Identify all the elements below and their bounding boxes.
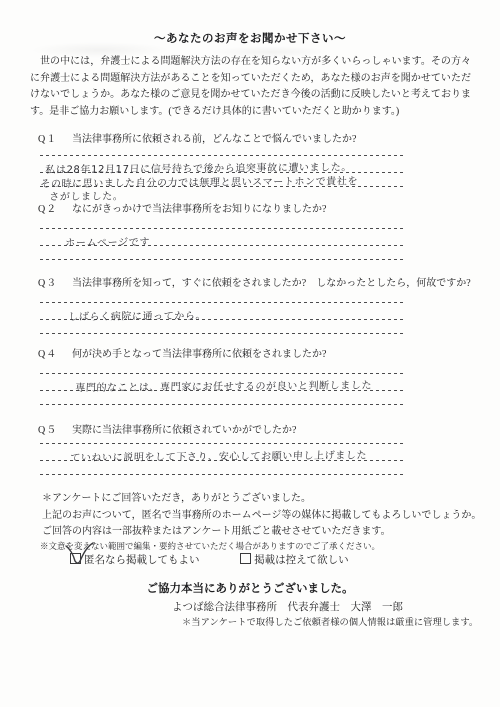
answer-area: 専門的なことは、専門家にお任せするのが良いと判断しました <box>40 373 406 405</box>
answer-area: 私は28年12月17日に信号待ちで後から追突事故に遭いました。 その時に思いまし… <box>40 155 406 201</box>
question-row: Q１ 当法律事務所に依頼される前，どんなことで悩んでいましたか? <box>0 133 500 146</box>
dotted-answer-line <box>40 404 406 405</box>
checkbox-label: 掲載は控えて欲しい <box>254 555 349 566</box>
question-block-q3: Q３ 当法律事務所を知って，すぐに依頼をされましたか? しなかったとしたら，何故… <box>0 277 500 334</box>
question-row: Q４ 何が決め手となって当法律事務所に依頼をされましたか? <box>0 348 500 361</box>
page-title: 〜あなたのお声をお聞かせ下さい〜 <box>0 30 500 46</box>
consent-option-no-publish[interactable]: 掲載は控えて欲しい <box>240 553 349 567</box>
closing-thanks: ご協力本当にありがとうございました。 <box>0 580 500 596</box>
question-text: 当法律事務所に依頼される前，どんなことで悩んでいましたか? <box>72 133 356 146</box>
answer-slot: 専門的なことは、専門家にお任せするのが良いと判断しました <box>40 374 406 390</box>
firm-signature: よつば総合法律事務所 代表弁護士 大澤 一郎 <box>172 599 403 614</box>
privacy-note: ＊当アンケートで取得したご依頼者様の個人情報は厳重に管理します。 <box>182 614 478 628</box>
dotted-answer-line <box>40 474 406 475</box>
answer-slot <box>40 461 406 474</box>
checkbox-anonymous-ok[interactable] <box>70 553 81 564</box>
answer-slot: ていねいに説明をして下さり、安心してお願い申し上げました <box>40 444 406 460</box>
excerpt-note: ご回答の内容は一部抜粋またはアンケート用紙ごと載せさせていただきます。 <box>42 525 391 538</box>
answer-slot <box>40 320 406 333</box>
questionnaire-page: 〜あなたのお声をお聞かせ下さい〜 世の中には，弁護士による問題解決方法の存在を知… <box>0 0 500 707</box>
question-label: Q２ <box>38 203 72 216</box>
dotted-answer-line <box>40 333 406 334</box>
question-text: 実際に当法律事務所に依頼されていかがでしたか? <box>72 424 296 437</box>
fine-print-note: ※文意を変えない範囲で編集・要約させていただく場合がありますのでご了承ください。 <box>40 541 380 552</box>
question-label: Q４ <box>38 348 72 361</box>
consent-options-row: 匿名なら掲載してもよい 掲載は控えて欲しい <box>70 553 349 567</box>
question-label: Q３ <box>38 277 72 290</box>
answer-slot: しばらく病院に通ってから。 <box>40 303 406 319</box>
dotted-answer-line <box>40 259 406 260</box>
question-text: 何が決め手となって当法律事務所に依頼をされましたか? <box>72 348 326 361</box>
answer-area: ていねいに説明をして下さり、安心してお願い申し上げました <box>40 443 406 475</box>
question-block-q1: Q１ 当法律事務所に依頼される前，どんなことで悩んでいましたか? 私は28年12… <box>0 133 500 201</box>
question-block-q5: Q５ 実際に当法律事務所に依頼されていかがでしたか? ていねいに説明をして下さり… <box>0 424 500 475</box>
thanks-note: ＊アンケートにご回答いただき，ありがとうございました。 <box>42 492 311 505</box>
question-row: Q３ 当法律事務所を知って，すぐに依頼をされましたか? しなかったとしたら，何故… <box>0 277 500 290</box>
answer-slot: その時に思いました自分の力では無理と思いスマートホンで貴社を <box>40 173 406 186</box>
answer-slot: ホームページです <box>40 229 406 245</box>
handwritten-answer: さがしました。 <box>49 187 124 203</box>
intro-paragraph: 世の中には，弁護士による問題解決方法の存在を知らない方が多くいらっしゃいます。そ… <box>30 54 471 120</box>
answer-slot: さがしました。 <box>40 187 406 201</box>
question-row: Q５ 実際に当法律事務所に依頼されていかがでしたか? <box>0 424 500 437</box>
consent-option-anonymous-ok[interactable]: 匿名なら掲載してもよい <box>70 553 200 567</box>
question-text: 当法律事務所を知って，すぐに依頼をされましたか? しなかったとしたら，何故ですか… <box>72 277 471 290</box>
question-row: Q２ なにがきっかけで当法律事務所をお知りになりましたか? <box>0 203 500 216</box>
question-label: Q５ <box>38 424 72 437</box>
checkbox-no-publish[interactable] <box>240 553 251 564</box>
question-label: Q１ <box>38 133 72 146</box>
answer-area: ホームページです <box>40 228 406 260</box>
question-block-q4: Q４ 何が決め手となって当法律事務所に依頼をされましたか? 専門的なことは、専門… <box>0 348 500 405</box>
answer-slot <box>40 391 406 404</box>
answer-slot: 私は28年12月17日に信号待ちで後から追突事故に遭いました。 <box>40 156 406 172</box>
publish-request-note: 上記のお声について，匿名で当事務所のホームページ等の媒体に掲載してもよろしいでし… <box>42 509 481 522</box>
question-text: なにがきっかけで当法律事務所をお知りになりましたか? <box>72 203 326 216</box>
checkbox-label: 匿名なら掲載してもよい <box>84 555 200 566</box>
answer-slot <box>40 246 406 259</box>
question-block-q2: Q２ なにがきっかけで当法律事務所をお知りになりましたか? ホームページです <box>0 203 500 260</box>
answer-area: しばらく病院に通ってから。 <box>40 302 406 334</box>
